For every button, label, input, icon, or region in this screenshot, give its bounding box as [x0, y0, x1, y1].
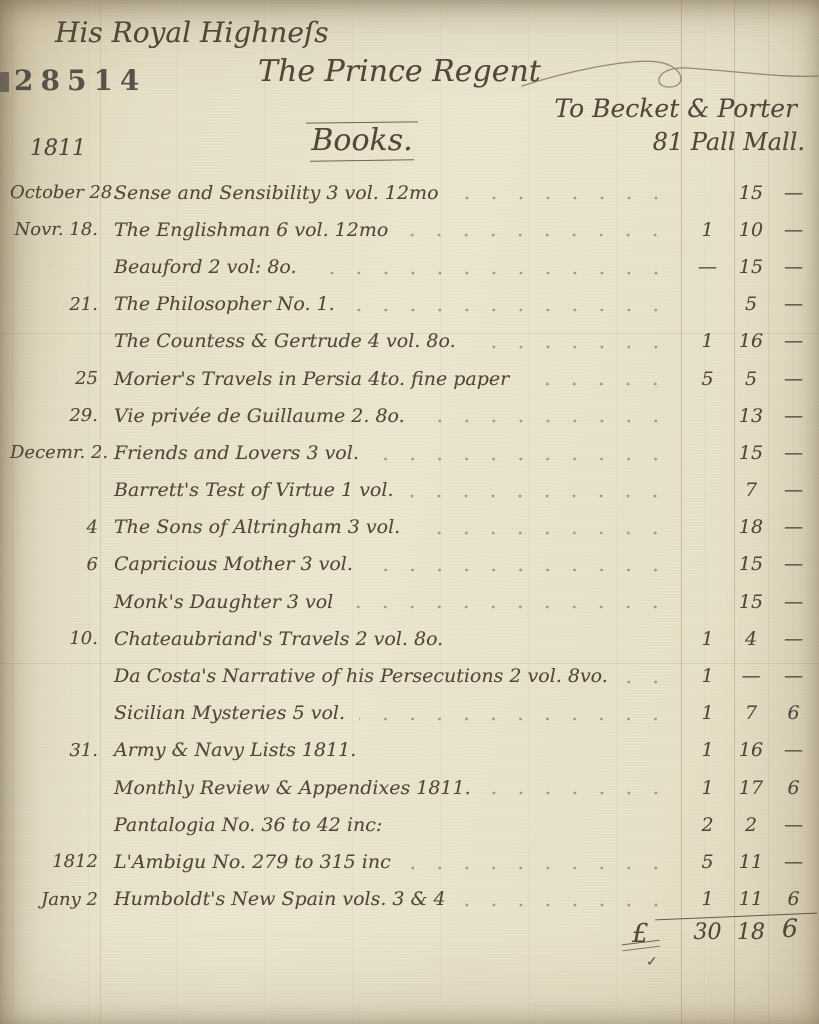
leader-dots	[370, 752, 669, 760]
ledger-rows: October 28.Sense and Sensibility 3 vol. …	[10, 174, 819, 918]
ledger-row: 6Capricious Mother 3 vol.15—	[10, 546, 819, 583]
edge-stamp-mark	[0, 72, 9, 92]
audit-checkmark: ✓	[646, 954, 658, 970]
leader-dots	[622, 678, 669, 686]
shillings-cell: 10	[734, 219, 768, 241]
item-title: Monthly Review & Appendixes 1811.	[114, 777, 471, 799]
shillings-cell: —	[734, 665, 768, 687]
pence-cell: —	[768, 182, 819, 204]
ledger-row: 25Morier's Travels in Persia 4to. fine p…	[10, 360, 819, 397]
ledger-row: Novr. 18.The Englishman 6 vol. 12mo110—	[10, 211, 819, 248]
pounds-cell: 5	[681, 851, 734, 873]
date-cell: 31.	[10, 740, 114, 761]
ledger-row: 31.Army & Navy Lists 1811.116—	[10, 732, 819, 769]
date-cell: 29.	[10, 405, 114, 426]
ledger-row: Da Costa's Narrative of his Persecutions…	[10, 657, 819, 694]
pence-cell: —	[768, 256, 819, 278]
item-title: Sense and Sensibility 3 vol. 12mo	[114, 182, 439, 204]
ledger-row: 1812L'Ambigu No. 279 to 315 inc511—	[10, 843, 819, 880]
item-title: L'Ambigu No. 279 to 315 inc	[114, 851, 391, 873]
pence-cell: —	[768, 330, 819, 352]
pence-cell: —	[768, 368, 819, 390]
date-cell: Novr. 18.	[10, 219, 114, 240]
leader-dots	[419, 417, 669, 425]
shillings-cell: 15	[734, 256, 768, 278]
pence-cell: —	[768, 479, 819, 501]
date-cell: 21.	[10, 294, 114, 315]
stamp-number: 28514	[14, 64, 146, 97]
date-cell: October 28.	[10, 182, 114, 203]
item-title: Da Costa's Narrative of his Persecutions…	[114, 665, 608, 687]
leader-dots	[349, 306, 669, 314]
pounds-cell: 2	[681, 814, 734, 836]
shillings-cell: 17	[734, 777, 768, 799]
ledger-row: October 28.Sense and Sensibility 3 vol. …	[10, 174, 819, 211]
currency-strike	[622, 940, 661, 952]
pence-cell: —	[768, 553, 819, 575]
document-title-block: Books.	[302, 122, 422, 161]
shillings-cell: 2	[734, 814, 768, 836]
pence-cell: —	[768, 739, 819, 761]
shillings-cell: 4	[734, 628, 768, 650]
total-shillings: 18	[734, 920, 768, 945]
date-cell: 25	[10, 368, 114, 389]
shillings-cell: 5	[734, 293, 768, 315]
item-title: Capricious Mother 3 vol.	[114, 553, 353, 575]
leader-dots	[347, 603, 669, 611]
item-title: Chateaubriand's Travels 2 vol. 8o.	[114, 628, 443, 650]
item-title: Morier's Travels in Persia 4to. fine pap…	[114, 368, 509, 390]
leader-dots	[367, 566, 669, 574]
date-cell: 4	[10, 517, 114, 538]
pounds-cell: 1	[681, 330, 734, 352]
ledger-row: The Countess & Gertrude 4 vol. 8o.116—	[10, 323, 819, 360]
pence-cell: —	[768, 851, 819, 873]
pence-cell: —	[768, 591, 819, 613]
pence-cell: —	[768, 516, 819, 538]
pounds-cell: 1	[681, 777, 734, 799]
item-title: The Englishman 6 vol. 12mo	[114, 219, 388, 241]
leader-dots	[485, 789, 669, 797]
pence-cell: —	[768, 814, 819, 836]
ledger-row: 29.Vie privée de Guillaume 2. 8o.13—	[10, 397, 819, 434]
pence-cell: 6	[768, 777, 819, 799]
item-title: The Sons of Altringham 3 vol.	[114, 516, 400, 538]
pounds-cell: 1	[681, 665, 734, 687]
item-title: The Countess & Gertrude 4 vol. 8o.	[114, 330, 456, 352]
ledger-row: 4The Sons of Altringham 3 vol.18—	[10, 509, 819, 546]
leader-dots	[359, 715, 669, 723]
shillings-cell: 16	[734, 739, 768, 761]
item-title: Monk's Daughter 3 vol	[114, 591, 333, 613]
date-cell: 6	[10, 554, 114, 575]
ledger-row: Pantalogia No. 36 to 42 inc:22—	[10, 806, 819, 843]
leader-dots	[453, 194, 669, 202]
bookseller-address: 81 Pall Mall.	[653, 128, 805, 156]
item-title: Vie privée de Guillaume 2. 8o.	[114, 405, 405, 427]
leader-dots	[402, 231, 669, 239]
ledger-row: Monk's Daughter 3 vol15—	[10, 583, 819, 620]
ledger-row: Beauford 2 vol: 8o.—15—	[10, 248, 819, 285]
ledger-row: 10.Chateaubriand's Travels 2 vol. 8o.14—	[10, 620, 819, 657]
pen-flourish-icon	[510, 50, 819, 100]
item-title: Army & Navy Lists 1811.	[114, 739, 356, 761]
pounds-cell: 1	[681, 702, 734, 724]
pounds-cell: 1	[681, 739, 734, 761]
leader-dots	[311, 269, 669, 277]
leader-dots	[396, 826, 669, 834]
shillings-cell: 7	[734, 702, 768, 724]
pence-cell: —	[768, 219, 819, 241]
ledger-row: 21.The Philosopher No. 1.5—	[10, 286, 819, 323]
document-title: Books.	[302, 124, 422, 158]
pounds-cell: 5	[681, 368, 734, 390]
item-title: Friends and Lovers 3 vol.	[114, 442, 359, 464]
shillings-cell: 13	[734, 405, 768, 427]
item-title: The Philosopher No. 1.	[114, 293, 335, 315]
shillings-cell: 7	[734, 479, 768, 501]
pence-cell: —	[768, 293, 819, 315]
leader-dots	[414, 529, 669, 537]
shillings-cell: 15	[734, 442, 768, 464]
addressee-title: The Prince Regent	[258, 54, 541, 89]
invoice-document: 28514 His Royal Highneſs The Prince Rege…	[0, 0, 819, 1024]
pounds-cell: 1	[681, 628, 734, 650]
leader-dots	[457, 640, 669, 648]
item-title: Barrett's Test of Virtue 1 vol.	[114, 479, 393, 501]
total-section: £ 30 18 6 ✓	[0, 902, 819, 972]
pence-cell: —	[768, 442, 819, 464]
shillings-cell: 15	[734, 553, 768, 575]
title-underline	[310, 159, 414, 161]
leader-dots	[373, 455, 669, 463]
ledger-row: Sicilian Mysteries 5 vol.176	[10, 695, 819, 732]
pence-cell: —	[768, 628, 819, 650]
leader-dots	[405, 864, 669, 872]
leader-dots	[407, 492, 669, 500]
addressee-name: His Royal Highneſs	[55, 16, 329, 49]
leader-dots	[470, 343, 669, 351]
shillings-cell: 18	[734, 516, 768, 538]
ledger-row: Barrett's Test of Virtue 1 vol.7—	[10, 472, 819, 509]
invoice-year: 1811	[30, 136, 86, 161]
shillings-cell: 15	[734, 591, 768, 613]
pence-cell: 6	[768, 702, 819, 724]
item-title: Beauford 2 vol: 8o.	[114, 256, 297, 278]
bookseller-name: To Becket & Porter	[554, 94, 797, 123]
item-title: Sicilian Mysteries 5 vol.	[114, 702, 345, 724]
date-cell: 10.	[10, 628, 114, 649]
total-pence: 6	[768, 914, 812, 943]
pence-cell: —	[768, 665, 819, 687]
date-cell: Decemr. 2.	[10, 442, 114, 463]
ledger-row: Monthly Review & Appendixes 1811.1176	[10, 769, 819, 806]
item-title: Pantalogia No. 36 to 42 inc:	[114, 814, 382, 836]
pounds-cell: 1	[681, 219, 734, 241]
shillings-cell: 15	[734, 182, 768, 204]
shillings-cell: 16	[734, 330, 768, 352]
date-cell: 1812	[10, 851, 114, 872]
shillings-cell: 11	[734, 851, 768, 873]
pounds-cell: —	[681, 256, 734, 278]
shillings-cell: 5	[734, 368, 768, 390]
leader-dots	[523, 380, 669, 388]
pence-cell: —	[768, 405, 819, 427]
total-pounds: 30	[681, 920, 734, 945]
ledger-row: Decemr. 2.Friends and Lovers 3 vol.15—	[10, 434, 819, 471]
